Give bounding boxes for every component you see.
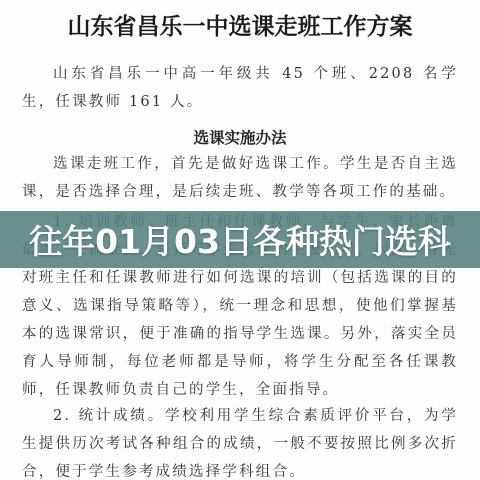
title-overlay-band: 往年01月03日各种热门选科: [0, 211, 480, 268]
document-title: 山东省昌乐一中选课走班工作方案: [0, 8, 480, 41]
section-heading: 选课实施办法: [0, 126, 480, 148]
document-page: 山东省昌乐一中选课走班工作方案 山东省昌乐一中高一年级共 45 个班、2208 …: [0, 0, 480, 480]
paragraph-statistics: 2. 统计成绩。学校利用学生综合素质评价平台，为学生提供历次考试各种组合的成绩，…: [22, 402, 458, 480]
paragraph-basis: 选课走班工作，首先是做好选课工作。学生是否自主选课，是否选择合理，是后续走班、教…: [22, 150, 458, 206]
overlay-title: 往年01月03日各种热门选科: [29, 216, 451, 263]
intro-paragraph: 山东省昌乐一中高一年级共 45 个班、2208 名学生，任课教师 161 人。: [22, 60, 458, 116]
